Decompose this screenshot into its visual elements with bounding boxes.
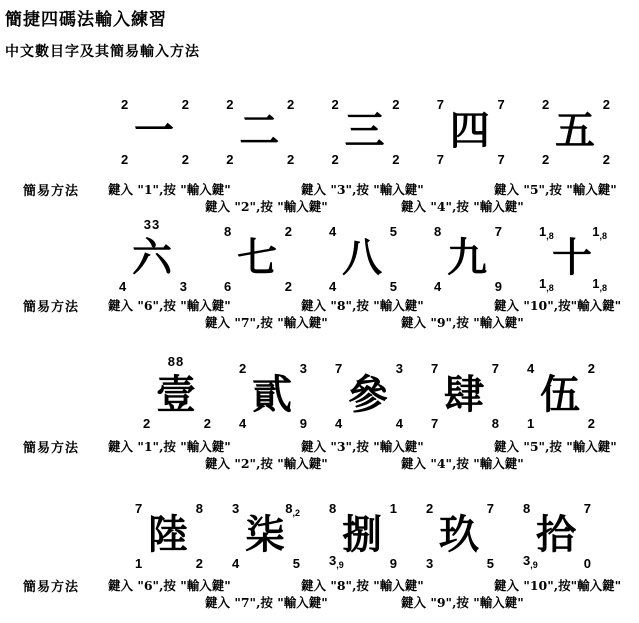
input-instruction: 鍵入 "8",按 "輸入鍵" xyxy=(301,296,424,314)
corner-code-top-left: 2 xyxy=(332,98,339,111)
corner-code-top-right: 7 xyxy=(492,362,499,375)
character-cell: 肆7778 xyxy=(422,367,506,423)
input-instruction: 鍵入 "9",按 "輸入鍵" xyxy=(401,593,524,611)
corner-code-bottom-right: 7 xyxy=(498,153,505,166)
character-row: 壹2288貳2349參7344肆7778伍4212 xyxy=(134,367,602,423)
corner-code-top-left: 7 xyxy=(431,362,438,375)
input-instruction: 鍵入 "8",按 "輸入鍵" xyxy=(301,576,424,594)
corner-code-top-left: 7 xyxy=(335,362,342,375)
character-cell: 八4545 xyxy=(320,230,404,286)
corner-code-bottom-left: 2 xyxy=(332,153,339,166)
corner-code-top-left: 8 xyxy=(434,225,441,238)
corner-code-top-right: 7 xyxy=(487,502,494,515)
character-cell: 拾873,90 xyxy=(514,507,598,563)
corner-code-top-right: 2 xyxy=(287,98,294,111)
chinese-numeral: 壹 xyxy=(134,367,218,423)
corner-code-bottom-left: 3,9 xyxy=(523,554,538,570)
corner-code-bottom-right: 0 xyxy=(584,557,591,570)
corner-code-top-right: 2 xyxy=(182,98,189,111)
corner-code-bottom-right: 8 xyxy=(492,417,499,430)
character-cell: 七8262 xyxy=(215,230,299,286)
corner-code-bottom-left: 4 xyxy=(434,280,441,293)
corner-code-bottom-left: 2 xyxy=(143,417,150,430)
character-cell: 伍4212 xyxy=(518,367,602,423)
character-cell: 六4333 xyxy=(110,230,194,286)
corner-code-bottom-right: 5 xyxy=(487,557,494,570)
input-instruction: 鍵入 "7",按 "輸入鍵" xyxy=(205,313,328,331)
method-line-1: 簡易方法 鍵入 "6",按 "輸入鍵"鍵入 "8",按 "輸入鍵"鍵入 "10"… xyxy=(0,296,639,313)
corner-code-top-right: 2 xyxy=(392,98,399,111)
corner-code-top-left: 2 xyxy=(542,98,549,111)
input-instruction: 鍵入 "1",按 "輸入鍵" xyxy=(108,180,231,198)
corner-code-bottom-left: 7 xyxy=(437,153,444,166)
corner-code-bottom-left: 7 xyxy=(431,417,438,430)
corner-code-top-left: 2 xyxy=(426,502,433,515)
character-cell: 十1,81,81,81,8 xyxy=(530,230,614,286)
method-line-2: 鍵入 "2",按 "輸入鍵"鍵入 "4",按 "輸入鍵" xyxy=(0,454,639,471)
corner-code-bottom-right: 2 xyxy=(287,153,294,166)
corner-code-bottom-right: 3 xyxy=(180,280,187,293)
corner-code-bottom-left: 4 xyxy=(232,557,239,570)
input-instruction: 鍵入 "10",按"輸入鍵" xyxy=(494,576,621,594)
corner-code-bottom-left: 4 xyxy=(119,280,126,293)
character-cell: 九8749 xyxy=(425,230,509,286)
corner-code-top-right: 8 xyxy=(196,502,203,515)
corner-code-bottom-left: 6 xyxy=(224,280,231,293)
input-instruction: 鍵入 "4",按 "輸入鍵" xyxy=(401,454,524,472)
corner-code-bottom-left: 3 xyxy=(426,557,433,570)
input-instruction: 鍵入 "7",按 "輸入鍵" xyxy=(205,593,328,611)
corner-code-top-right: 7 xyxy=(498,98,505,111)
corner-code-bottom-right: 1,8 xyxy=(592,277,607,293)
input-instruction: 鍵入 "6",按 "輸入鍵" xyxy=(108,576,231,594)
corner-code-bottom-left: 1 xyxy=(135,557,142,570)
input-instruction: 鍵入 "9",按 "輸入鍵" xyxy=(401,313,524,331)
method-line-1: 簡易方法 鍵入 "1",按 "輸入鍵"鍵入 "3",按 "輸入鍵"鍵入 "5",… xyxy=(0,180,639,197)
character-cell: 四7777 xyxy=(428,103,512,159)
corner-code-top-left: 2 xyxy=(239,362,246,375)
character-cell: 柒38,245 xyxy=(223,507,307,563)
input-instruction: 鍵入 "1",按 "輸入鍵" xyxy=(108,437,231,455)
corner-code-bottom-right: 5 xyxy=(293,557,300,570)
character-cell: 貳2349 xyxy=(230,367,314,423)
corner-code-bottom-left: 1 xyxy=(527,417,534,430)
method-line-2: 鍵入 "2",按 "輸入鍵"鍵入 "4",按 "輸入鍵" xyxy=(0,197,639,214)
corner-code-top-right: 1 xyxy=(390,502,397,515)
corner-code-top-left: 8 xyxy=(329,502,336,515)
input-instruction: 鍵入 "10",按"輸入鍵" xyxy=(494,296,621,314)
corner-code-top-right: 7 xyxy=(495,225,502,238)
corner-code-top-left: 8 xyxy=(224,225,231,238)
page-title: 簡捷四碼法輸入練習 xyxy=(5,5,167,30)
corner-code-bottom-right: 2 xyxy=(196,557,203,570)
corner-code-top-right: 8,2 xyxy=(285,502,300,518)
corner-code-bottom-left: 3,9 xyxy=(329,554,344,570)
input-instruction: 鍵入 "5",按 "輸入鍵" xyxy=(494,180,617,198)
character-cell: 五2222 xyxy=(533,103,617,159)
corner-code-top-left: 7 xyxy=(135,502,142,515)
character-row: 六4333七8262八4545九8749十1,81,81,81,8 xyxy=(110,230,614,286)
input-instruction: 鍵入 "5",按 "輸入鍵" xyxy=(494,437,617,455)
corner-code-bottom-right: 2 xyxy=(182,153,189,166)
corner-code-bottom-right: 2 xyxy=(603,153,610,166)
character-cell: 玖2735 xyxy=(417,507,501,563)
method-line-1: 簡易方法 鍵入 "1",按 "輸入鍵"鍵入 "3",按 "輸入鍵"鍵入 "5",… xyxy=(0,437,639,454)
corner-code-top-left: 2 xyxy=(226,98,233,111)
method-line-2: 鍵入 "7",按 "輸入鍵"鍵入 "9",按 "輸入鍵" xyxy=(0,313,639,330)
character-row: 一2222二2222三2222四7777五2222 xyxy=(112,103,617,159)
page-subtitle: 中文數目字及其簡易輸入方法 xyxy=(5,41,200,61)
corner-code-bottom-right: 2 xyxy=(285,280,292,293)
corner-code-bottom-right: 9 xyxy=(300,417,307,430)
input-instruction: 鍵入 "2",按 "輸入鍵" xyxy=(205,197,328,215)
corner-code-top-right: 2 xyxy=(603,98,610,111)
corner-code-bottom-left: 2 xyxy=(542,153,549,166)
character-cell: 二2222 xyxy=(217,103,301,159)
corner-code-top-center: 88 xyxy=(168,355,184,368)
corner-code-bottom-left: 1,8 xyxy=(539,277,554,293)
input-instruction: 鍵入 "4",按 "輸入鍵" xyxy=(401,197,524,215)
corner-code-top-right: 3 xyxy=(300,362,307,375)
corner-code-top-right: 7 xyxy=(584,502,591,515)
input-instruction: 鍵入 "3",按 "輸入鍵" xyxy=(301,180,424,198)
corner-code-top-left: 4 xyxy=(329,225,336,238)
corner-code-top-left: 1,8 xyxy=(539,225,554,241)
corner-code-top-center: 33 xyxy=(144,218,160,231)
corner-code-top-right: 3 xyxy=(396,362,403,375)
method-line-1: 簡易方法 鍵入 "6",按 "輸入鍵"鍵入 "8",按 "輸入鍵"鍵入 "10"… xyxy=(0,576,639,593)
corner-code-top-right: 2 xyxy=(285,225,292,238)
corner-code-top-right: 2 xyxy=(588,362,595,375)
character-cell: 捌813,99 xyxy=(320,507,404,563)
corner-code-top-left: 8 xyxy=(523,502,530,515)
corner-code-top-left: 4 xyxy=(527,362,534,375)
corner-code-bottom-right: 9 xyxy=(390,557,397,570)
corner-code-bottom-right: 2 xyxy=(392,153,399,166)
practice-sheet-page: 簡捷四碼法輸入練習 中文數目字及其簡易輸入方法 一2222二2222三2222四… xyxy=(0,0,639,623)
input-instruction: 鍵入 "6",按 "輸入鍵" xyxy=(108,296,231,314)
character-cell: 三2222 xyxy=(323,103,407,159)
character-cell: 一2222 xyxy=(112,103,196,159)
corner-code-bottom-right: 2 xyxy=(588,417,595,430)
method-line-2: 鍵入 "7",按 "輸入鍵"鍵入 "9",按 "輸入鍵" xyxy=(0,593,639,610)
corner-code-bottom-left: 4 xyxy=(329,280,336,293)
input-instruction: 鍵入 "2",按 "輸入鍵" xyxy=(205,454,328,472)
corner-code-bottom-left: 2 xyxy=(121,153,128,166)
character-cell: 參7344 xyxy=(326,367,410,423)
corner-code-top-right: 1,8 xyxy=(592,225,607,241)
corner-code-bottom-left: 4 xyxy=(239,417,246,430)
input-instruction: 鍵入 "3",按 "輸入鍵" xyxy=(301,437,424,455)
corner-code-bottom-right: 5 xyxy=(390,280,397,293)
corner-code-top-left: 7 xyxy=(437,98,444,111)
corner-code-bottom-right: 2 xyxy=(204,417,211,430)
corner-code-top-left: 3 xyxy=(232,502,239,515)
character-cell: 陸7812 xyxy=(126,507,210,563)
character-row: 陸7812柒38,245捌813,99玖2735拾873,90 xyxy=(126,507,598,563)
chinese-numeral: 六 xyxy=(110,230,194,286)
corner-code-top-left: 2 xyxy=(121,98,128,111)
character-cell: 壹2288 xyxy=(134,367,218,423)
corner-code-top-right: 5 xyxy=(390,225,397,238)
corner-code-bottom-left: 4 xyxy=(335,417,342,430)
corner-code-bottom-right: 4 xyxy=(396,417,403,430)
corner-code-bottom-right: 9 xyxy=(495,280,502,293)
corner-code-bottom-left: 2 xyxy=(226,153,233,166)
